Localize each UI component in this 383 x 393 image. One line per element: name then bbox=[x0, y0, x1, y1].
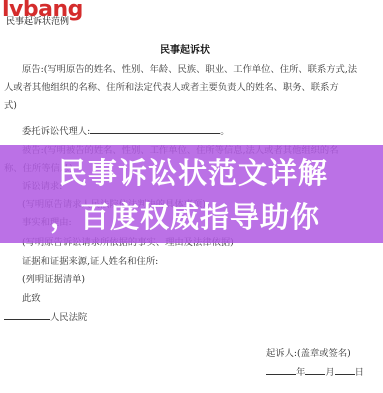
month-label: 月 bbox=[325, 367, 334, 378]
plaintiff-line-2: 人或者其他组织的名称、住所和法定代表人或者主要负责人的姓名、职务、联系方 bbox=[4, 80, 339, 96]
court-blank bbox=[4, 311, 50, 320]
date-row: 年月日 bbox=[266, 365, 364, 381]
year-label: 年 bbox=[296, 367, 305, 378]
court-row: 人民法院 bbox=[4, 310, 87, 326]
signature-line: 起诉人:(盖章或签名) bbox=[266, 346, 351, 362]
court-label: 人民法院 bbox=[50, 312, 87, 323]
plaintiff-line-3: 式) bbox=[4, 98, 17, 114]
evidence-hint: (列明证据清单) bbox=[22, 272, 85, 288]
year-blank bbox=[266, 366, 296, 375]
agent-blank bbox=[90, 125, 220, 134]
day-blank bbox=[335, 366, 355, 375]
month-blank bbox=[305, 366, 325, 375]
document-title: 民事起诉状 bbox=[160, 41, 210, 56]
agent-suffix: 。 bbox=[220, 126, 229, 137]
overlay-title-line-1: 民事诉讼状范文详解 bbox=[58, 151, 328, 192]
document-header-label: 民事起诉状范例 bbox=[6, 17, 69, 27]
title-overlay-banner: 民事诉讼状范文详解 ，百度权威指导助你 bbox=[0, 145, 383, 243]
agent-row: 委托诉讼代理人:。 bbox=[22, 124, 230, 140]
closing-text: 此致 bbox=[22, 291, 41, 307]
agent-label: 委托诉讼代理人: bbox=[22, 126, 90, 137]
overlay-title-line-2: ，百度权威指导助你 bbox=[50, 195, 320, 236]
day-label: 日 bbox=[355, 367, 364, 378]
evidence-label: 证据和证据来源,证人姓名和住所: bbox=[22, 254, 158, 270]
plaintiff-line-1: 原告:(写明原告的姓名、性别、年龄、民族、职业、工作单位、住所、联系方式,法 bbox=[22, 62, 357, 78]
